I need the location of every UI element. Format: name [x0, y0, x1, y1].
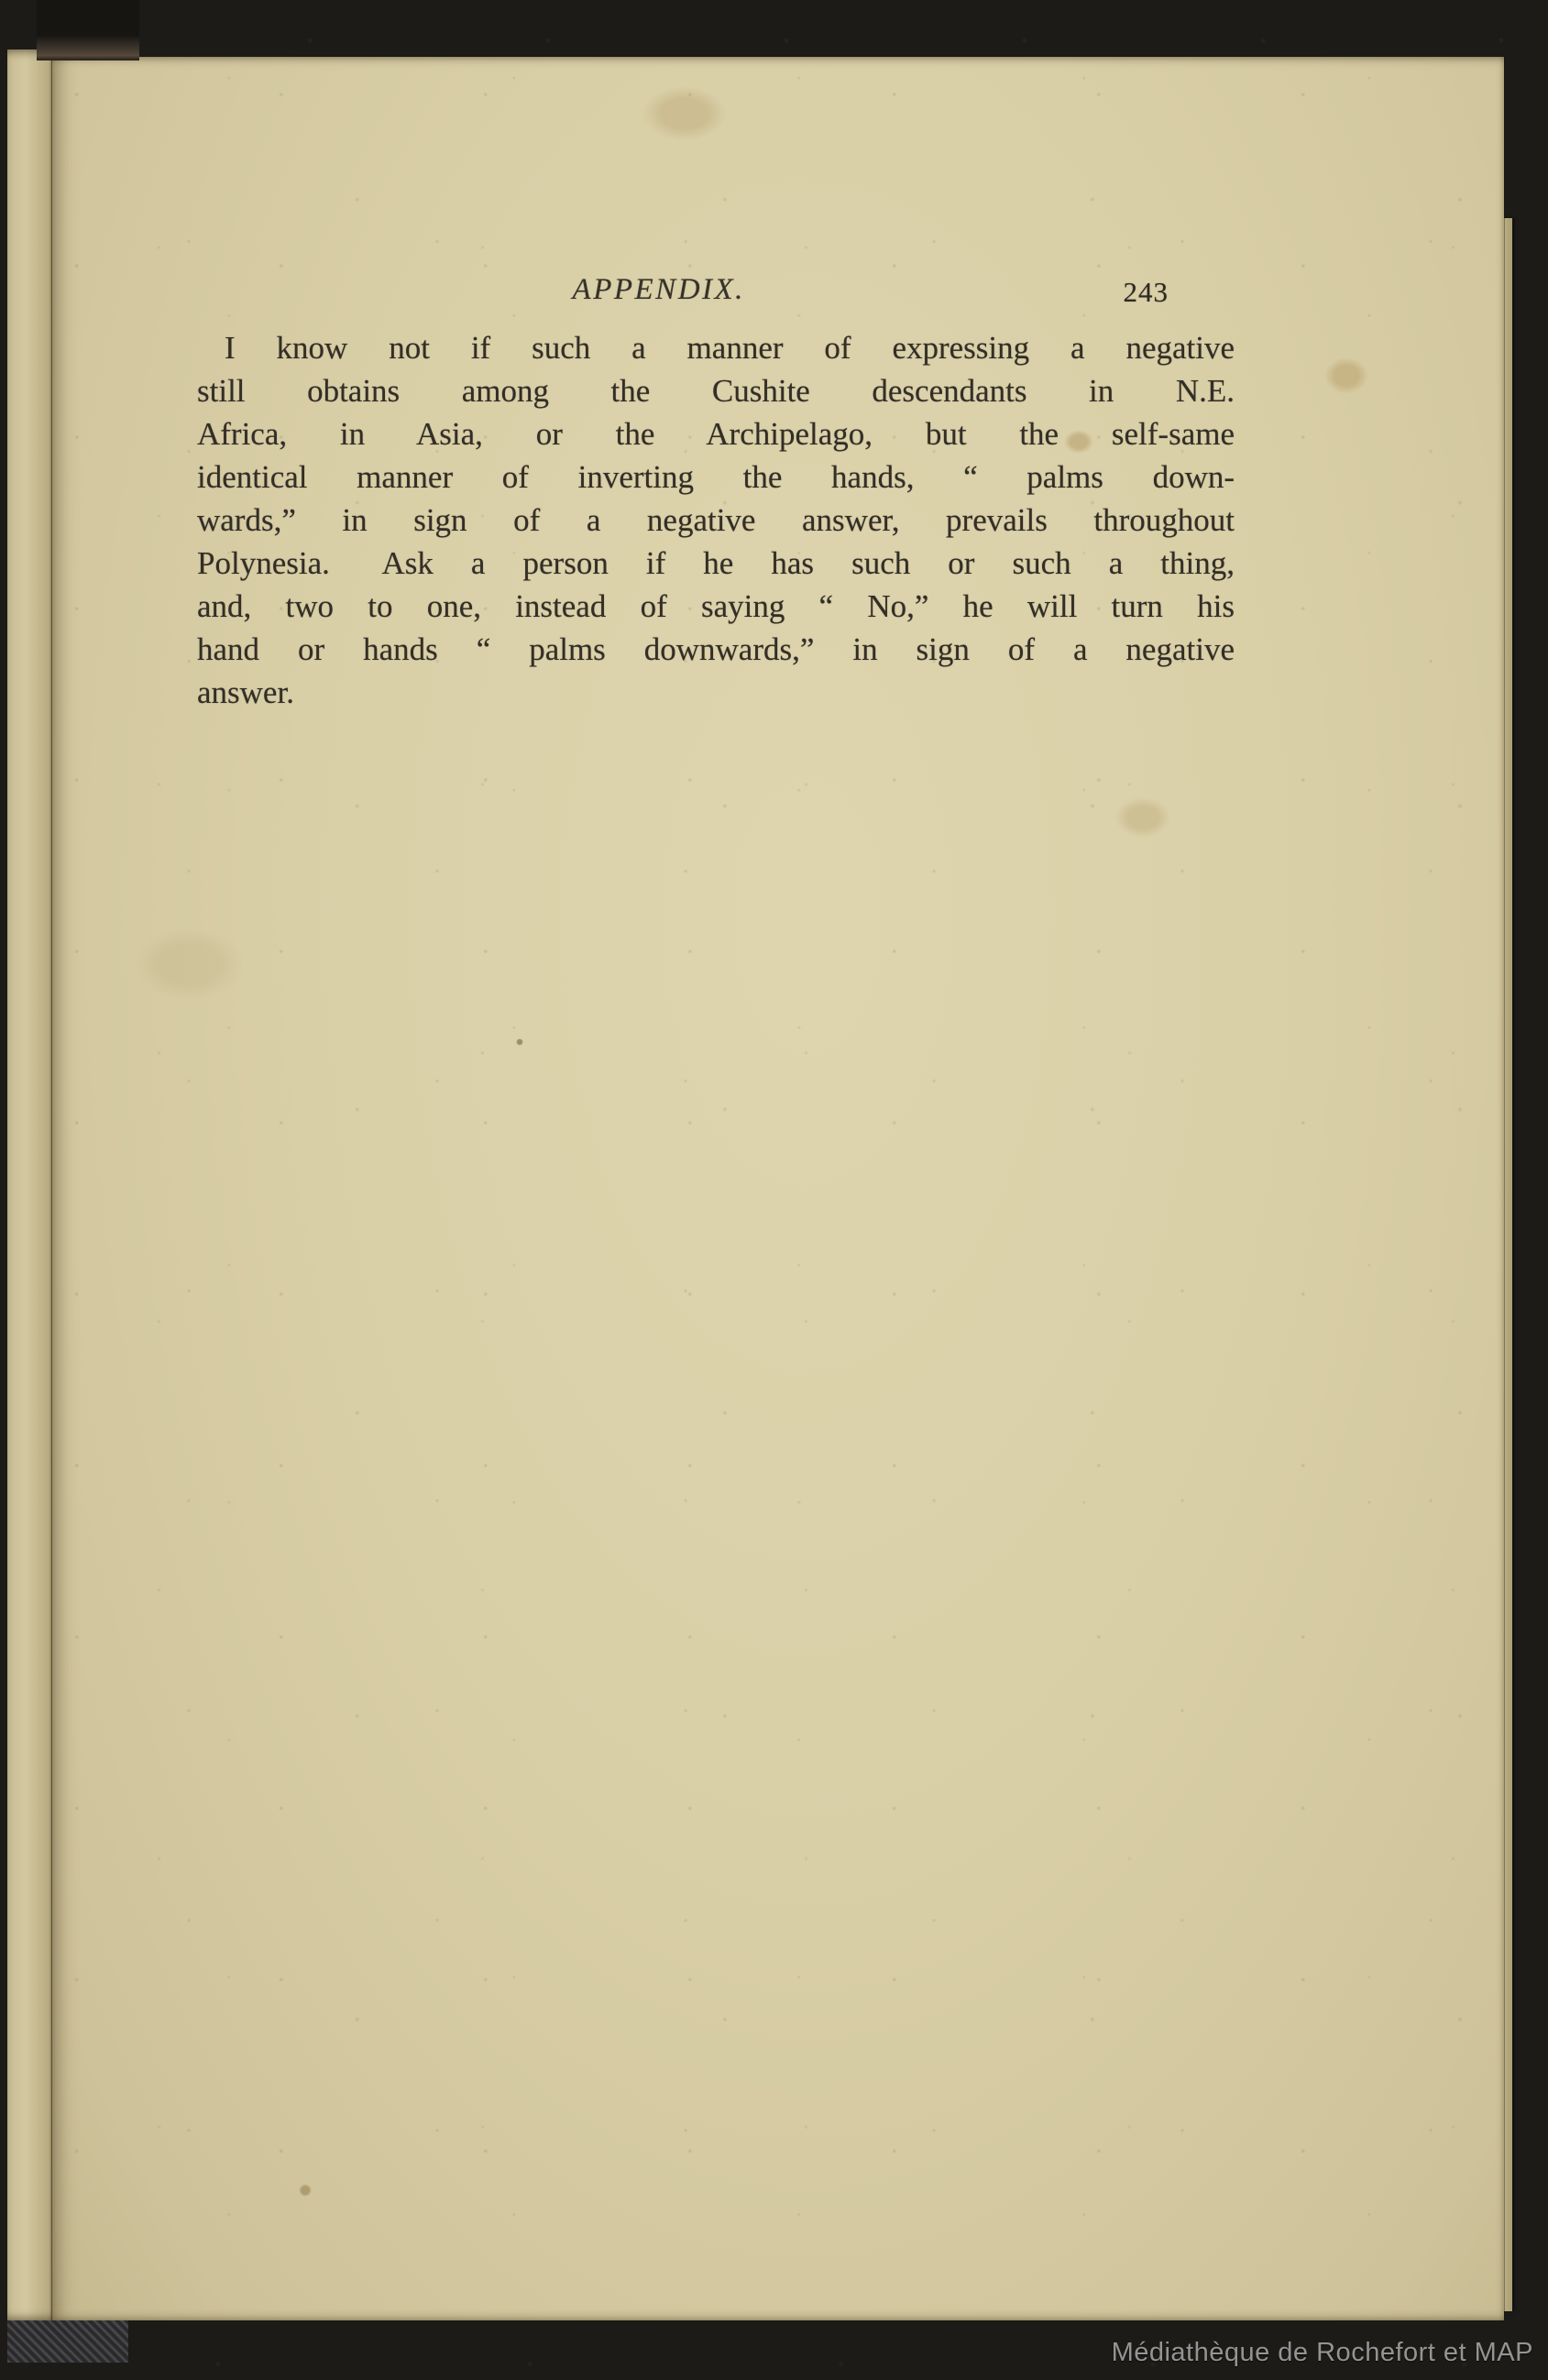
text-line: answer. — [197, 671, 1235, 714]
text-line: still obtains among the Cushite descenda… — [197, 369, 1235, 412]
running-title: APPENDIX. — [573, 273, 745, 307]
text-line: wards,” in sign of a negative answer, pr… — [197, 499, 1235, 542]
text-line: Africa, in Asia, or the Archipelago, but… — [197, 412, 1235, 455]
book-page: APPENDIX. 243 I know not if such a manne… — [52, 57, 1504, 2320]
binding-cloth — [7, 2320, 128, 2363]
text-line: identical manner of inverting the hands,… — [197, 455, 1235, 499]
body-text: I know not if such a manner of expressin… — [197, 326, 1235, 714]
book-scan: APPENDIX. 243 I know not if such a manne… — [0, 0, 1548, 2380]
text-line: I know not if such a manner of expressin… — [197, 326, 1235, 369]
text-line: Polynesia. Ask a person if he has such o… — [197, 542, 1235, 585]
text-line: and, two to one, instead of saying “ No,… — [197, 585, 1235, 628]
library-watermark: Médiathèque de Rochefort et MAP — [1112, 2338, 1533, 2368]
page-under-edge — [7, 49, 53, 2320]
page-number: 243 — [1124, 276, 1169, 309]
page-header: APPENDIX. 243 — [197, 273, 1235, 315]
binding-spine-notch — [37, 0, 139, 60]
text-line: hand or hands “ palms downwards,” in sig… — [197, 628, 1235, 671]
